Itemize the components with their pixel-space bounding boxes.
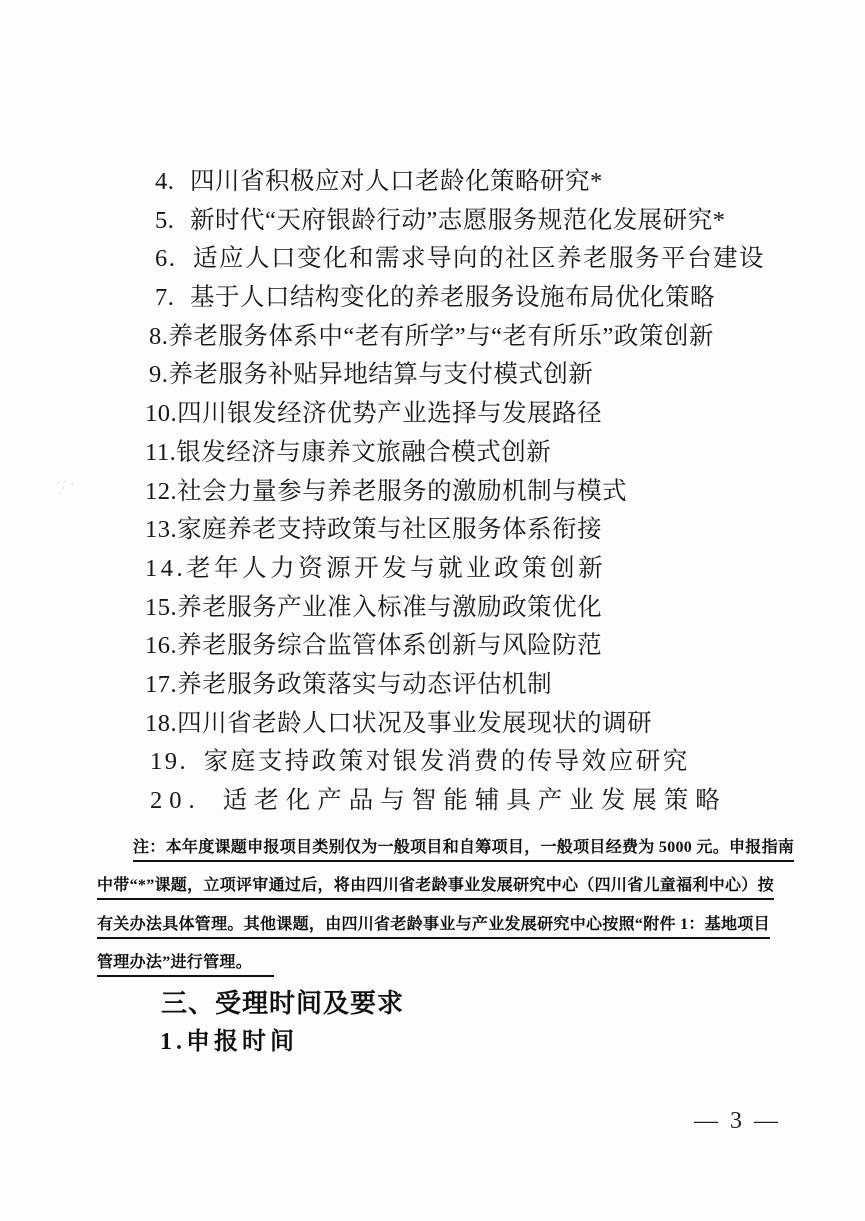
topic-list: 4. 四川省积极应对人口老龄化策略研究* 5. 新时代“天府银龄行动”志愿服务规… [145,163,765,821]
note-block: 注：本年度课题申报项目类别仅为一般项目和自筹项目，一般项目经费为 5000 元。… [97,834,797,987]
scan-artifact [52,478,78,498]
note-line: 注：本年度课题申报项目类别仅为一般项目和自筹项目，一般项目经费为 5000 元。… [133,834,794,862]
list-item: 13.家庭养老支持政策与社区服务体系衔接 [145,511,765,550]
note-line: 管理办法”进行管理。 [97,949,274,977]
list-item: 5. 新时代“天府银龄行动”志愿服务规范化发展研究* [145,202,765,241]
list-item: 16.养老服务综合监管体系创新与风险防范 [145,627,765,666]
note-row: 有关办法具体管理。其他课题，由四川省老龄事业与产业发展研究中心按照“附件 1：基… [97,911,797,949]
list-item: 11.银发经济与康养文旅融合模式创新 [145,434,765,473]
list-item: 17.养老服务政策落实与动态评估机制 [145,666,765,705]
page-number: — 3 — [694,1108,779,1135]
list-item: 7. 基于人口结构变化的养老服务设施布局优化策略 [145,279,765,318]
note-line: 有关办法具体管理。其他课题，由四川省老龄事业与产业发展研究中心按照“附件 1：基… [97,911,770,939]
list-item: 20. 适老化产品与智能辅具产业发展策略 [145,782,765,821]
list-item: 8.养老服务体系中“老有所学”与“老有所乐”政策创新 [145,318,765,357]
list-item: 6. 适应人口变化和需求导向的社区养老服务平台建设 [145,240,765,279]
list-item: 12.社会力量参与养老服务的激励机制与模式 [145,473,765,512]
section-heading: 三、受理时间及要求 [161,983,404,1020]
note-row: 中带“*”课题，立项评审通过后，将由四川省老龄事业发展研究中心（四川省儿童福利中… [97,872,797,910]
list-item: 14.老年人力资源开发与就业政策创新 [145,550,765,589]
subsection-heading: 1.申报时间 [160,1021,298,1056]
scanned-document-page: 4. 四川省积极应对人口老龄化策略研究* 5. 新时代“天府银龄行动”志愿服务规… [0,0,865,1221]
list-item: 18.四川省老龄人口状况及事业发展现状的调研 [145,705,765,744]
list-item: 15.养老服务产业准入标准与激励政策优化 [145,589,765,628]
list-item: 10.四川银发经济优势产业选择与发展路径 [145,395,765,434]
list-item: 4. 四川省积极应对人口老龄化策略研究* [145,163,765,202]
note-row: 注：本年度课题申报项目类别仅为一般项目和自筹项目，一般项目经费为 5000 元。… [97,834,797,872]
list-item: 19. 家庭支持政策对银发消费的传导效应研究 [145,743,765,782]
list-item: 9.养老服务补贴异地结算与支付模式创新 [145,356,765,395]
note-row: 管理办法”进行管理。 [97,949,797,987]
note-line: 中带“*”课题，立项评审通过后，将由四川省老龄事业发展研究中心（四川省儿童福利中… [97,872,774,900]
